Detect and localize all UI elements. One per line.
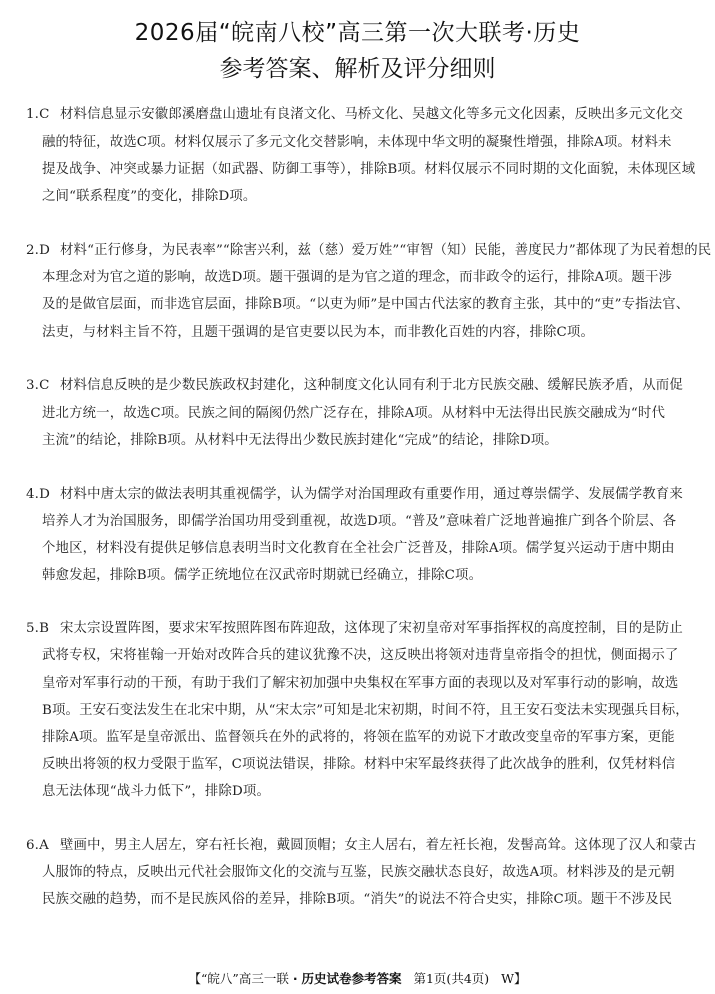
answer-text-line: 及的是做官层面，而非选官层面，排除B项。“以吏为师”是中国古代法家的教育主张，其… [42,296,689,314]
answer-text-line: 材料信息显示安徽郎溪磨盘山遗址有良渚文化、马桥文化、吴越文化等多元文化因素，反映… [60,107,683,122]
answer-text-line: 反映出将领的权力受限于监军，C项说法错误，排除。材料中宋军最终获得了此次战争的胜… [42,756,675,774]
answer-text-line: B项。王安石变法发生在北宋中期，从“宋太宗”可知是北宋初期，时间不符，且王安石变… [42,702,689,720]
answer-text-line: 个地区，材料没有提供足够信息表明当时文化教育在全社会广泛普及，排除A项。儒学复兴… [42,540,675,558]
answer-text-line: 融的特征，故选C项。材料仅展示了多元文化交替影响，未体现中华文明的凝聚性增强，排… [42,134,672,152]
answer-number: 6.A [26,837,60,855]
answer-text-line: 排除A项。监军是皇帝派出、监督领兵在外的武将的，将领在监军的劝说下才敢改变皇帝的… [42,729,675,747]
answer-text-line: 提及战争、冲突或暴力证据（如武器、防御工事等），排除B项。材料仅展示不同时期的文… [42,161,695,179]
document-subtitle: 参考答案、解析及评分细则 [0,50,715,83]
answer-text-line: 材料中唐太宗的做法表明其重视儒学，认为儒学对治国理政有重要作用，通过尊崇儒学、发… [60,487,683,502]
answer-number: 4.D [26,486,60,504]
answer-text-line: 皇帝对军事行动的干预，有助于我们了解宋初加强中央集权在军事方面的表现以及对军事行… [42,675,678,693]
answer-text-line: 息无法体现“战斗力低下”，排除D项。 [42,783,270,801]
footer-separator: · [293,971,298,986]
answer-number: 2.D [26,242,60,260]
answer-number: 3.C [26,377,60,395]
answer-text-line: 韩愈发起，排除B项。儒学正统地位在汉武帝时期就已经确立，排除C项。 [42,567,482,585]
answer-text-line: 材料“正行修身，为民表率”“除害兴利，兹（慈）爱万姓”“审智（知）民能，善度民力… [60,243,711,258]
answer-text-line: 民族交融的趋势，而不是民族风俗的差异，排除B项。“消失”的说法不符合史实，排除C… [42,891,672,909]
page-footer: 【“皖八”高三一联 · 历史试卷参考答案 第1页(共4页) W】 [0,969,715,987]
answer-text-line: 之间“联系程度”的变化，排除D项。 [42,188,256,206]
answer-text-line: 法吏，与材料主旨不符，且题干强调的是官吏要以民为本，而非教化百姓的内容，排除C项… [42,324,594,342]
document-page: 2026届“皖南八校”高三第一次大联考·历史 参考答案、解析及评分细则 1.C材… [0,0,715,994]
answer-text-line: 培养人才为治国服务，即儒学治国功用受到重视，故选D项。“普及”意味着广泛地普遍推… [42,513,676,531]
answer-number: 5.B [26,620,60,638]
footer-page-info: 第1页(共4页) [413,971,489,986]
document-title: 2026届“皖南八校”高三第一次大联考·历史 [0,14,715,47]
answer-text-line: 主流”的结论，排除B项。从材料中无法得出少数民族封建化“完成”的结论，排除D项。 [42,432,558,450]
answer-text-line: 材料信息反映的是少数民族政权封建化，这种制度文化认同有利于北方民族交融、缓解民族… [60,378,683,393]
footer-code: W [501,971,514,986]
answer-text-line: 宋太宗设置阵图，要求宋军按照阵图布阵迎敌，这体现了宋初皇帝对军事指挥权的高度控制… [60,621,683,636]
footer-doc-title: 历史试卷参考答案 [302,971,402,986]
answer-text-line: 武将专权，宋将崔翰一开始对改阵合兵的建议犹豫不决，这反映出将领对违背皇帝指令的担… [42,647,678,665]
answer-number: 1.C [26,106,60,124]
answer-text-line: 进北方统一，故选C项。民族之间的隔阂仍然广泛存在，排除A项。从材料中无法得出民族… [42,405,665,423]
answer-text-line: 本理念对为官之道的影响，故选D项。题干强调的是为官之道的理念，而非政令的运行，排… [42,269,672,287]
footer-exam-name: “皖八”高三一联 [201,971,289,986]
answer-text-line: 人服饰的特点，反映出元代社会服饰文化的交流与互鉴，民族交融状态良好，故选A项。材… [42,864,675,882]
answer-text-line: 壁画中，男主人居左，穿右衽长袍，戴圆顶帽；女主人居右，着左衽长袍，发髻高耸。这体… [60,838,696,853]
